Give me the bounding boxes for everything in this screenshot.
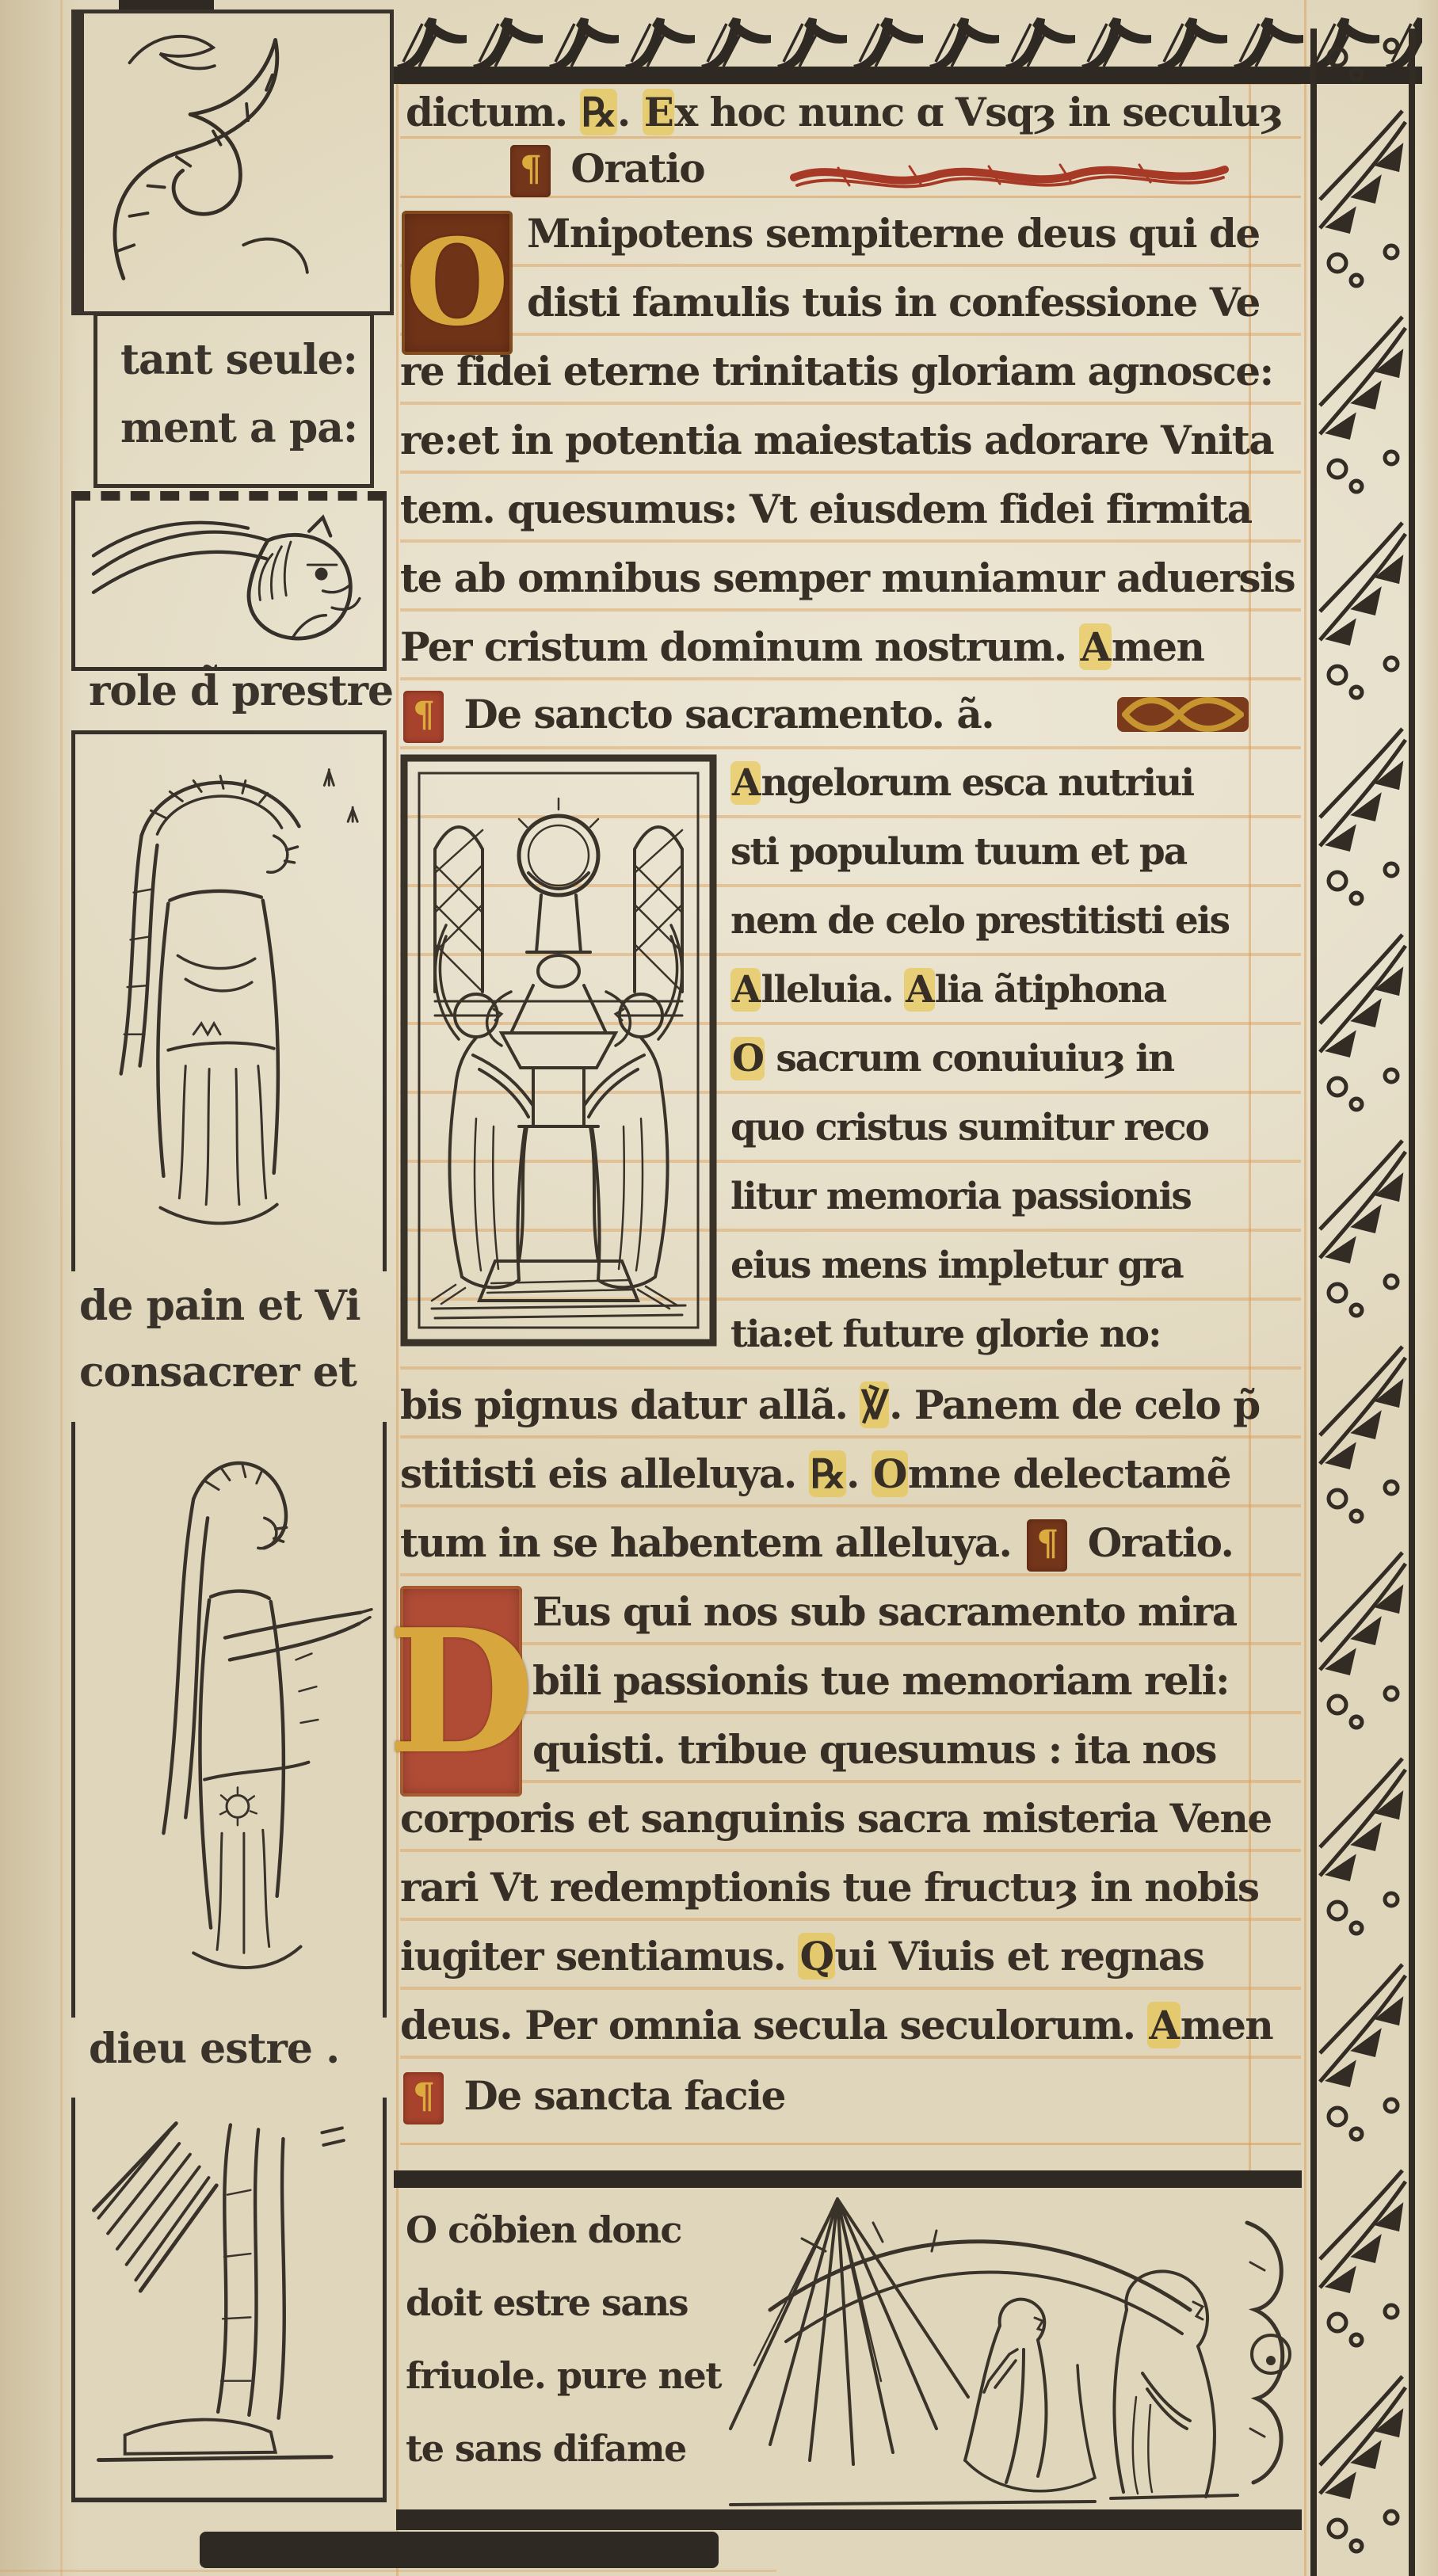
text-line: iugiter sentiamus. Qui Viuis et regnas (400, 1933, 1203, 1980)
text-line: bili passionis tue memoriam reli: (532, 1657, 1229, 1704)
text-line: disti famulis tuis in confessione Ve (527, 279, 1260, 326)
ornament-top-border (392, 6, 1422, 87)
text-line: corporis et sanguinis sacra misteria Ven… (400, 1795, 1272, 1842)
text-line: tem. quesumus: Vt eiusdem fidei firmita (400, 486, 1252, 532)
margin-note: consacrer et (79, 1348, 357, 1397)
text-line: Eus qui nos sub sacramento mira (532, 1588, 1237, 1635)
ruling-line-vertical (60, 0, 63, 2576)
text-line: te ab omnibus semper muniamur aduersis (400, 554, 1295, 601)
woodcut-angels-monstrance (400, 754, 717, 1347)
text-line-versicle: tum in se habentem alleluya. ¶ Oratio. (400, 1519, 1233, 1573)
ornament-right-border (1309, 29, 1420, 2576)
ruling-line (400, 2143, 1301, 2145)
gold-knot-ornament (1116, 689, 1250, 740)
margin-note: de pain et Vi (79, 1282, 360, 1330)
woodcut-holy-face-scene (683, 2191, 1301, 2509)
pen-flourish (791, 157, 1236, 195)
ruling-line (400, 136, 1301, 139)
verse-line: O cõbien donc (406, 2208, 681, 2251)
text-line: litur memoria passionis (730, 1175, 1191, 1218)
text-line-versicle: stitisti eis alleluya. ℞. Omne delectamẽ (400, 1450, 1230, 1497)
text-line: Alleluia. Alia ãtiphona (730, 968, 1165, 1012)
woodcut-standing-woman (71, 730, 387, 1271)
text-line: Mnipotens sempiterne deus qui de (527, 210, 1260, 257)
text-line: re:et in potentia maiestatis adorare Vni… (400, 417, 1273, 463)
text-line: nem de celo prestitisti eis (730, 899, 1229, 943)
heading-sacramento: ¶ De sancto sacramento. ã. (400, 691, 994, 745)
text-line: sti populum tuum et pa (730, 830, 1186, 874)
text-line: quisti. tribue quesumus : ita nos (532, 1726, 1216, 1773)
woodcut-lion-panel (71, 491, 387, 671)
ruling-line-vertical (396, 75, 399, 2576)
text-line: tia:et future glorie no: (730, 1313, 1160, 1356)
text-line: quo cristus sumitur reco (730, 1106, 1208, 1149)
woodcut-drapery-fragment (71, 2098, 387, 2502)
scene-bottom-border (396, 2509, 1302, 2530)
trimmed-border-fragment (119, 0, 214, 10)
margin-note: role d̃ prestre (89, 667, 393, 715)
margin-note: tant seule: (120, 336, 357, 384)
text-line-dictum: dictum. ℞. Ex hoc nunc ɑ Vsqȝ in seculuȝ (406, 89, 1282, 135)
text-line: eius mens impletur gra (730, 1244, 1183, 1287)
verse-line: doit estre sans (406, 2281, 688, 2324)
ruling-line (0, 2570, 776, 2572)
text-line: O sacrum conuiuiuȝ in (730, 1037, 1173, 1080)
text-line: Per cristum dominum nostrum. Amen (400, 623, 1203, 670)
text-line-versicle: bis pignus datur allã. ℣. Panem de celo … (400, 1381, 1260, 1428)
illuminated-initial-O: O (402, 211, 513, 355)
ruling-line-vertical (1304, 0, 1306, 2576)
text-line: rari Vt redemptionis tue fructuȝ in nobi… (400, 1864, 1259, 1911)
text-line: Angelorum esca nutriui (730, 761, 1193, 805)
text-line: re fidei eterne trinitatis gloriam agnos… (400, 348, 1273, 394)
margin-note: ment a pa: (120, 404, 357, 452)
manuscript-page: tant seule: ment a pa: role d̃ prestre (0, 0, 1438, 2576)
verse-line: te sans difame (406, 2427, 686, 2470)
illuminated-initial-D: D (400, 1586, 522, 1797)
bottom-border-fragment (200, 2532, 719, 2568)
margin-note: dieu estre . (89, 2025, 339, 2073)
woodcut-pointing-woman (71, 1422, 387, 2018)
heading-oratio: ¶ Oratio (507, 145, 704, 199)
verse-line: friuole. pure net (406, 2354, 721, 2397)
woodcut-foliage-panel (71, 10, 394, 315)
text-line: deus. Per omnia secula seculorum. Amen (400, 2002, 1272, 2048)
heading-facie: ¶ De sancta facie (400, 2072, 785, 2126)
scene-top-border (394, 2170, 1302, 2188)
